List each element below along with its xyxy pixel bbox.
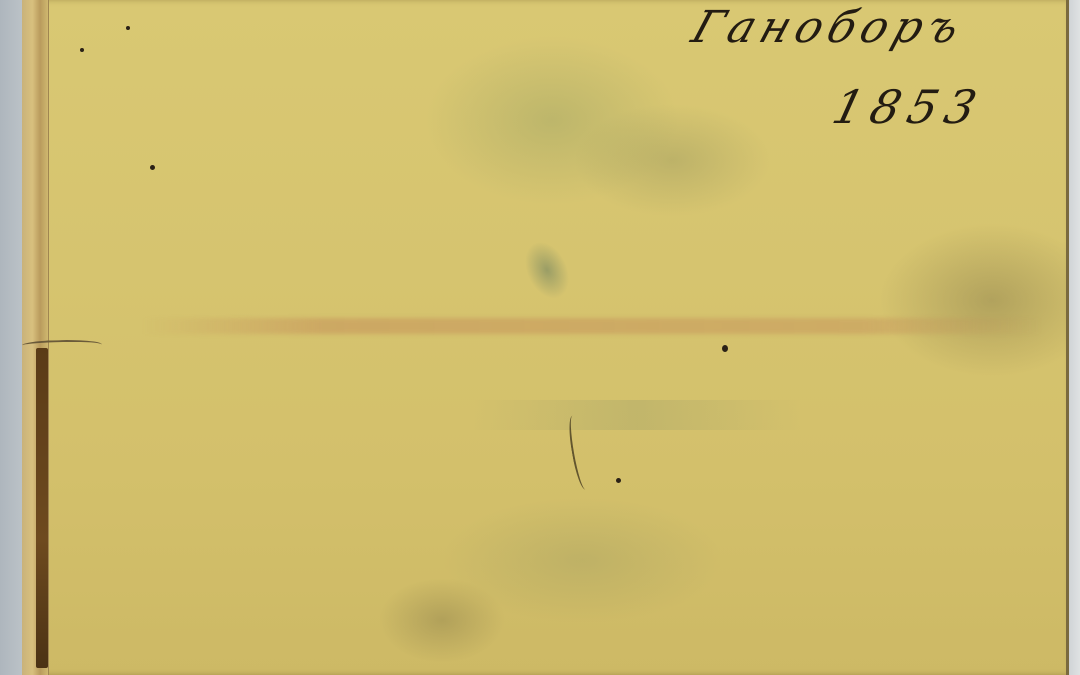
ink-speck: [80, 48, 84, 52]
scan-backdrop-left: [0, 0, 24, 675]
ink-speck: [616, 478, 621, 483]
spine-tear: [36, 348, 48, 668]
faint-bleed-through-text: [472, 400, 802, 430]
ink-bleed-mark: [516, 234, 578, 305]
paper-cover: Ганоборъ 1853: [22, 0, 1069, 675]
handwritten-title: Ганоборъ: [686, 2, 972, 53]
fold-stain-band: [142, 318, 1042, 334]
ink-speck: [126, 26, 130, 30]
handwritten-year: 1853: [827, 80, 990, 134]
ink-speck: [150, 165, 155, 170]
ink-speck: [722, 345, 728, 352]
